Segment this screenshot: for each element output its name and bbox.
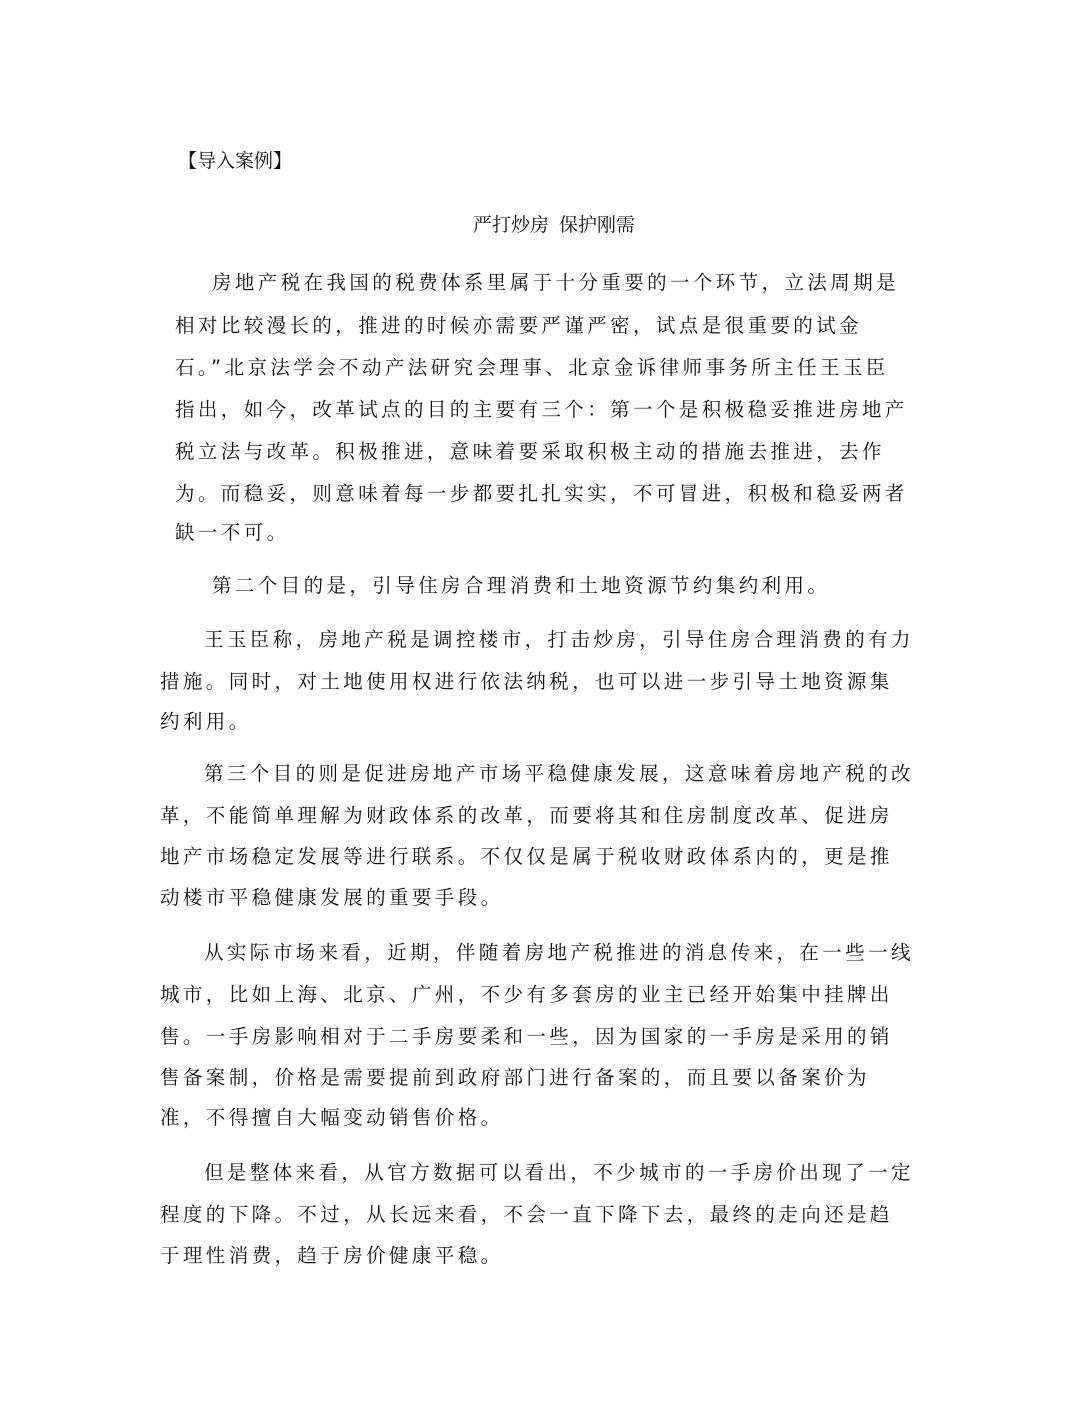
paragraph-line: 税立法与改革。积极推进，意味着要采取积极主动的措施去推进，去作 [175,440,885,464]
paragraph-line: 革，不能简单理解为财政体系的改革，而要将其和住房制度改革、促进房 [160,804,893,828]
paragraph-line: 措施。同时，对土地使用权进行依法纳税，也可以进一步引导土地资源集 [160,670,893,694]
paragraph-line: 地产市场稳定发展等进行联系。不仅仅是属于税收财政体系内的，更是推 [160,845,893,869]
paragraph-line: 但是整体来看，从官方数据可以看出，不少城市的一手房价出现了一定 [204,1161,914,1185]
paragraph-line: 准，不得擅自大幅变动销售价格。 [160,1106,504,1130]
paragraph-line: 指出，如今，改革试点的目的主要有三个：第一个是积极稳妥推进房地产 [175,398,908,422]
paragraph-line: 石。”北京法学会不动产法研究会理事、北京金诉律师事务所主任王玉臣 [175,356,889,380]
paragraph-line: 城市，比如上海、北京、广州，不少有多套房的业主已经开始集中挂牌出 [160,983,893,1007]
paragraph-line: 相对比较漫长的，推进的时候亦需要严谨严密，试点是很重要的试金 [175,314,862,338]
article-title-part2: 保护刚需 [559,214,635,236]
paragraph-line: 第三个目的则是促进房地产市场平稳健康发展，这意味着房地产税的改 [204,762,914,786]
article-title: 严打炒房保护刚需 [473,210,635,237]
paragraph-line: 动楼市平稳健康发展的重要手段。 [160,886,504,910]
paragraph-line: 房地产税在我国的税费体系里属于十分重要的一个环节，立法周期是 [212,271,899,295]
paragraph-line: 王玉臣称，房地产税是调控楼市，打击炒房，引导住房合理消费的有力 [204,628,914,652]
paragraph-line: 第二个目的是，引导住房合理消费和土地资源节约集约利用。 [212,574,830,598]
paragraph-line: 程度的下降。不过，从长远来看，不会一直下降下去，最终的走向还是趋 [160,1203,893,1227]
article-title-part1: 严打炒房 [473,214,549,236]
paragraph-line: 从实际市场来看，近期，伴随着房地产税推进的消息传来，在一些一线 [204,941,914,965]
paragraph-line: 售。一手房影响相对于二手房要柔和一些，因为国家的一手房是采用的销 [160,1025,893,1049]
paragraph-line: 缺一不可。 [175,521,290,545]
section-heading: 【导入案例】 [178,146,292,173]
paragraph-line: 为。而稳妥，则意味着每一步都要扎扎实实，不可冒进，积极和稳妥两者 [175,482,908,506]
document-page: 【导入案例】 严打炒房保护刚需 房地产税在我国的税费体系里属于十分重要的一个环节… [0,0,1088,1408]
paragraph-line: 约利用。 [160,710,252,734]
paragraph-line: 于理性消费，趋于房价健康平稳。 [160,1244,504,1268]
paragraph-line: 售备案制，价格是需要提前到政府部门进行备案的，而且要以备案价为 [160,1066,870,1090]
